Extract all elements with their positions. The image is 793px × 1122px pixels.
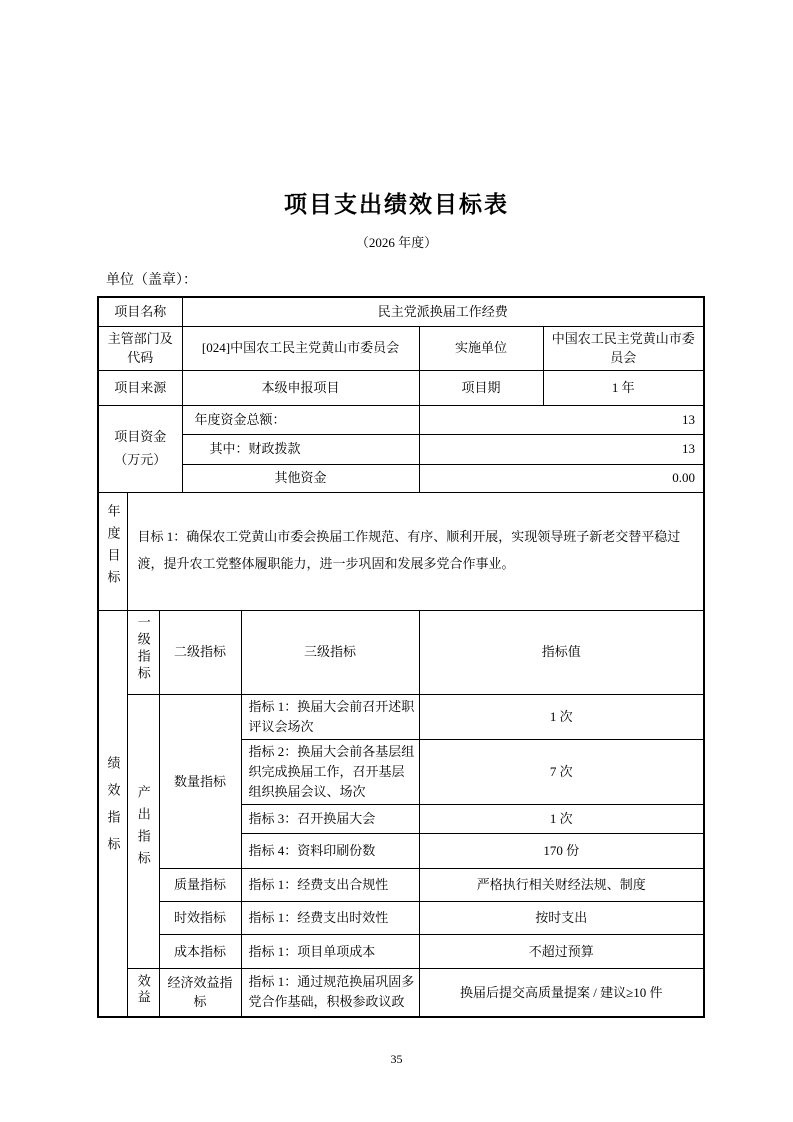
header-level1: 一级指标 [127,610,159,694]
quantity-indicator-label: 数量指标 [159,694,241,869]
document-page: 项目支出绩效目标表 （2026 年度） 单位（盖章）： 项目名称 民主党派换届工… [0,0,793,1122]
row-funds-fiscal: 其中：财政拨款 13 [98,434,704,464]
row-indicator-header: 绩效指标 一级指标 二级指标 三级指标 指标值 [98,610,704,694]
quantity-indicator-4: 指标 4：资料印刷份数 [241,834,419,869]
annual-goal-label: 年度目标 [98,492,127,610]
row-funds-total: 项目资金 （万元） 年度资金总额： 13 [98,405,704,434]
performance-indicator-label-text: 绩效指标 [103,756,123,864]
row-annual-goal: 年度目标 目标 1：确保农工党黄山市委会换届工作规范、有序、顺利开展，实现领导班… [98,492,704,610]
economic-benefit-indicator: 指标 1：通过规范换届巩固多党合作基础，积极参政议政 [241,969,419,1017]
project-funds-label-line2: （万元） [103,449,178,471]
funds-total-label: 年度资金总额： [182,405,419,434]
header-level3: 三级指标 [241,610,419,694]
header-indicator-value: 指标值 [419,610,704,694]
row-cost: 成本指标 指标 1：项目单项成本 不超过预算 [98,935,704,969]
quantity-value-2: 7 次 [419,739,704,804]
quality-value: 严格执行相关财经法规、制度 [419,869,704,902]
row-timeliness: 时效指标 指标 1：经费支出时效性 按时支出 [98,902,704,935]
row-quantity-1: 产出指标 数量指标 指标 1：换届大会前召开述职评议会场次 1 次 [98,694,704,739]
quantity-indicator-1: 指标 1：换届大会前召开述职评议会场次 [241,694,419,739]
cost-value: 不超过预算 [419,935,704,969]
annual-goal-label-text: 年度目标 [103,504,123,592]
funds-fiscal-value: 13 [419,434,704,464]
header-level1-text: 一级指标 [133,615,153,683]
row-benefit: 效益 经济效益指标 指标 1：通过规范换届巩固多党合作基础，积极参政议政 换届后… [98,969,704,1017]
timeliness-indicator: 指标 1：经费支出时效性 [241,902,419,935]
quantity-indicator-3: 指标 3：召开换届大会 [241,805,419,834]
page-number: 35 [0,1052,793,1067]
unit-seal-label: 单位（盖章）： [106,269,793,289]
header-level2: 二级指标 [159,610,241,694]
project-name-value: 民主党派换届工作经费 [182,297,704,326]
quantity-value-4: 170 份 [419,834,704,869]
benefit-indicator-label-text: 效益 [133,974,153,1006]
department-label: 主管部门及代码 [98,326,182,370]
quantity-value-1: 1 次 [419,694,704,739]
timeliness-indicator-label: 时效指标 [159,902,241,935]
funds-other-label: 其他资金 [182,464,419,492]
page-subtitle: （2026 年度） [0,232,793,251]
project-period-value: 1 年 [543,370,704,405]
performance-indicator-label: 绩效指标 [98,610,127,1017]
row-source-period: 项目来源 本级申报项目 项目期 1 年 [98,370,704,405]
output-indicator-label-text: 产出指标 [133,785,153,873]
performance-target-table: 项目名称 民主党派换届工作经费 主管部门及代码 [024]中国农工民主党黄山市委… [97,296,705,1018]
funds-other-value: 0.00 [419,464,704,492]
timeliness-value: 按时支出 [419,902,704,935]
cost-indicator-label: 成本指标 [159,935,241,969]
economic-benefit-label: 经济效益指标 [159,969,241,1017]
quality-indicator-label: 质量指标 [159,869,241,902]
row-funds-other: 其他资金 0.00 [98,464,704,492]
row-quality: 质量指标 指标 1：经费支出合规性 严格执行相关财经法规、制度 [98,869,704,902]
annual-goal-text: 目标 1：确保农工党黄山市委会换届工作规范、有序、顺利开展，实现领导班子新老交替… [127,492,704,610]
department-value: [024]中国农工民主党黄山市委员会 [182,326,419,370]
page-title: 项目支出绩效目标表 [0,0,793,219]
project-funds-label-line1: 项目资金 [103,426,178,448]
quantity-indicator-2: 指标 2：换届大会前各基层组织完成换届工作，召开基层组织换届会议、场次 [241,739,419,804]
benefit-indicator-label: 效益 [127,969,159,1017]
project-funds-label: 项目资金 （万元） [98,405,182,492]
row-department: 主管部门及代码 [024]中国农工民主党黄山市委员会 实施单位 中国农工民主党黄… [98,326,704,370]
row-project-name: 项目名称 民主党派换届工作经费 [98,297,704,326]
quality-indicator: 指标 1：经费支出合规性 [241,869,419,902]
output-indicator-label: 产出指标 [127,694,159,969]
project-period-label: 项目期 [419,370,543,405]
funds-fiscal-label: 其中：财政拨款 [182,434,419,464]
funds-total-value: 13 [419,405,704,434]
economic-benefit-value: 换届后提交高质量提案 / 建议≥10 件 [419,969,704,1017]
implementing-unit-value: 中国农工民主党黄山市委员会 [543,326,704,370]
cost-indicator: 指标 1：项目单项成本 [241,935,419,969]
project-source-value: 本级申报项目 [182,370,419,405]
project-source-label: 项目来源 [98,370,182,405]
quantity-value-3: 1 次 [419,805,704,834]
implementing-unit-label: 实施单位 [419,326,543,370]
project-name-label: 项目名称 [98,297,182,326]
